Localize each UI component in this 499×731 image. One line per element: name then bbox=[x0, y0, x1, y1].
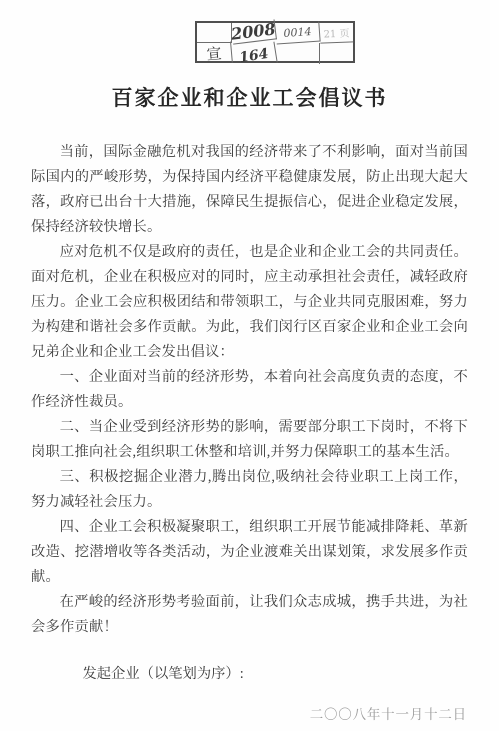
stamp-cell-year: 2008 bbox=[231, 19, 277, 44]
stamp-cell-empty bbox=[197, 23, 232, 43]
document-date: 二〇〇八年十一月十二日 bbox=[0, 703, 467, 723]
body-paragraph-closing: 在严峻的经济形势考验面前，让我们众志成城，携手共进，为社会多作贡献！ bbox=[31, 590, 468, 640]
document-body: 当前，国际金融危机对我国的经济带来了不利影响，面对当前国际国内的严峻形势，为保持… bbox=[31, 140, 468, 640]
body-paragraph-item-4: 四、企业工会积极凝聚职工，组织职工开展节能减排降耗、革新改造、挖潜增收等各类活动… bbox=[31, 515, 468, 590]
body-paragraph: 当前，国际金融危机对我国的经济带来了不利影响，面对当前国际国内的严峻形势，为保持… bbox=[31, 140, 468, 240]
registration-stamp-box: 2008 0014 21 页 宣 164 bbox=[195, 21, 355, 63]
stamp-cell-empty bbox=[276, 43, 320, 64]
body-paragraph: 应对危机不仅是政府的责任，也是企业和企业工会的共同责任。面对危机，企业在积极应对… bbox=[31, 240, 468, 365]
stamp-cell-number: 0014 bbox=[275, 21, 320, 44]
body-paragraph-item-2: 二、当企业受到经济形势的影响，需要部分职工下岗时，不将下岗职工推向社会,组织职工… bbox=[31, 415, 468, 465]
stamp-cell-empty bbox=[320, 43, 353, 64]
body-paragraph-item-1: 一、企业面对当前的经济形势，本着向社会高度负责的态度，不作经济性裁员。 bbox=[31, 365, 468, 415]
document-page: 2008 0014 21 页 宣 164 百家企业和企业工会倡议书 当前，国际金… bbox=[0, 0, 499, 731]
stamp-cell-pages: 21 页 bbox=[320, 22, 354, 43]
stamp-cell-category: 宣 bbox=[196, 42, 233, 66]
body-paragraph-item-3: 三、积极挖掘企业潜力,腾出岗位,吸纳社会待业职工上岗工作，努力减轻社会压力。 bbox=[31, 465, 468, 515]
initiating-enterprises-label: 发起企业（以笔划为序）: bbox=[31, 662, 468, 687]
